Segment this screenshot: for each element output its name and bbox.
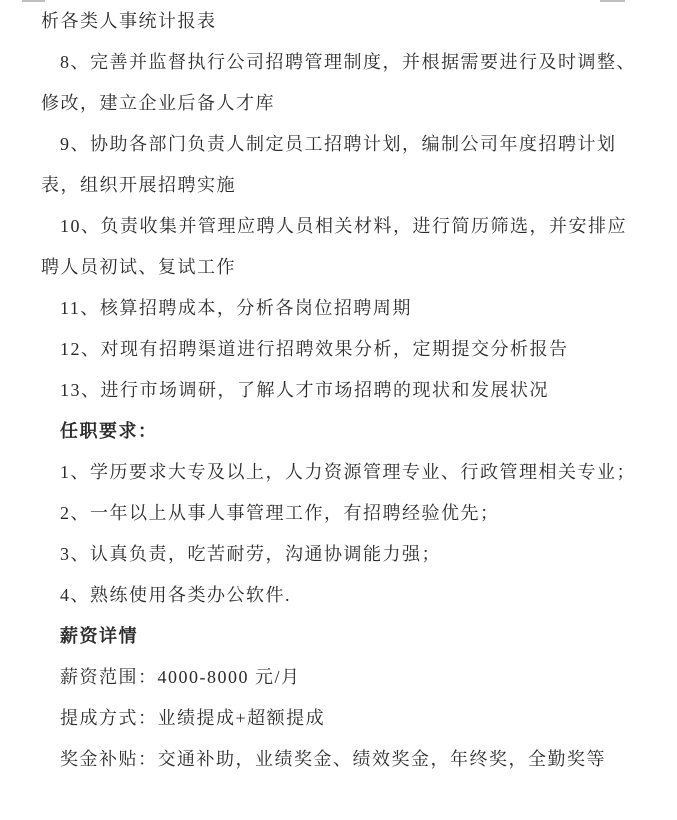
doc-text-line: 8、完善并监督执行公司招聘管理制度，并根据需要进行及时调整、 [41, 42, 657, 83]
doc-text-line: 析各类人事统计报表 [41, 1, 657, 42]
doc-text-line: 薪资范围：4000-8000 元/月 [41, 657, 657, 698]
doc-text-line: 4、熟练使用各类办公软件. [41, 575, 657, 616]
document-page: 析各类人事统计报表8、完善并监督执行公司招聘管理制度，并根据需要进行及时调整、修… [0, 1, 677, 780]
doc-text-line: 1、学历要求大专及以上，人力资源管理专业、行政管理相关专业； [41, 452, 657, 493]
doc-text-line: 13、进行市场调研，了解人才市场招聘的现状和发展状况 [41, 370, 657, 411]
doc-text-line: 聘人员初试、复试工作 [41, 247, 657, 288]
doc-text-line: 表，组织开展招聘实施 [41, 165, 657, 206]
doc-text-line: 3、认真负责，吃苦耐劳，沟通协调能力强； [41, 534, 657, 575]
doc-text-line: 12、对现有招聘渠道进行招聘效果分析，定期提交分析报告 [41, 329, 657, 370]
doc-text-line: 9、协助各部门负责人制定员工招聘计划，编制公司年度招聘计划 [41, 124, 657, 165]
doc-text-line: 10、负责收集并管理应聘人员相关材料，进行简历筛选，并安排应 [41, 206, 657, 247]
doc-text-line: 提成方式：业绩提成+超额提成 [41, 698, 657, 739]
doc-text-line: 修改，建立企业后备人才库 [41, 83, 657, 124]
doc-heading-line: 任职要求： [41, 411, 657, 452]
doc-text-line: 11、核算招聘成本，分析各岗位招聘周期 [41, 288, 657, 329]
doc-text-line: 2、一年以上从事人事管理工作，有招聘经验优先； [41, 493, 657, 534]
doc-text-line: 奖金补贴：交通补助，业绩奖金、绩效奖金，年终奖，全勤奖等 [41, 739, 657, 780]
doc-heading-line: 薪资详情 [41, 616, 657, 657]
